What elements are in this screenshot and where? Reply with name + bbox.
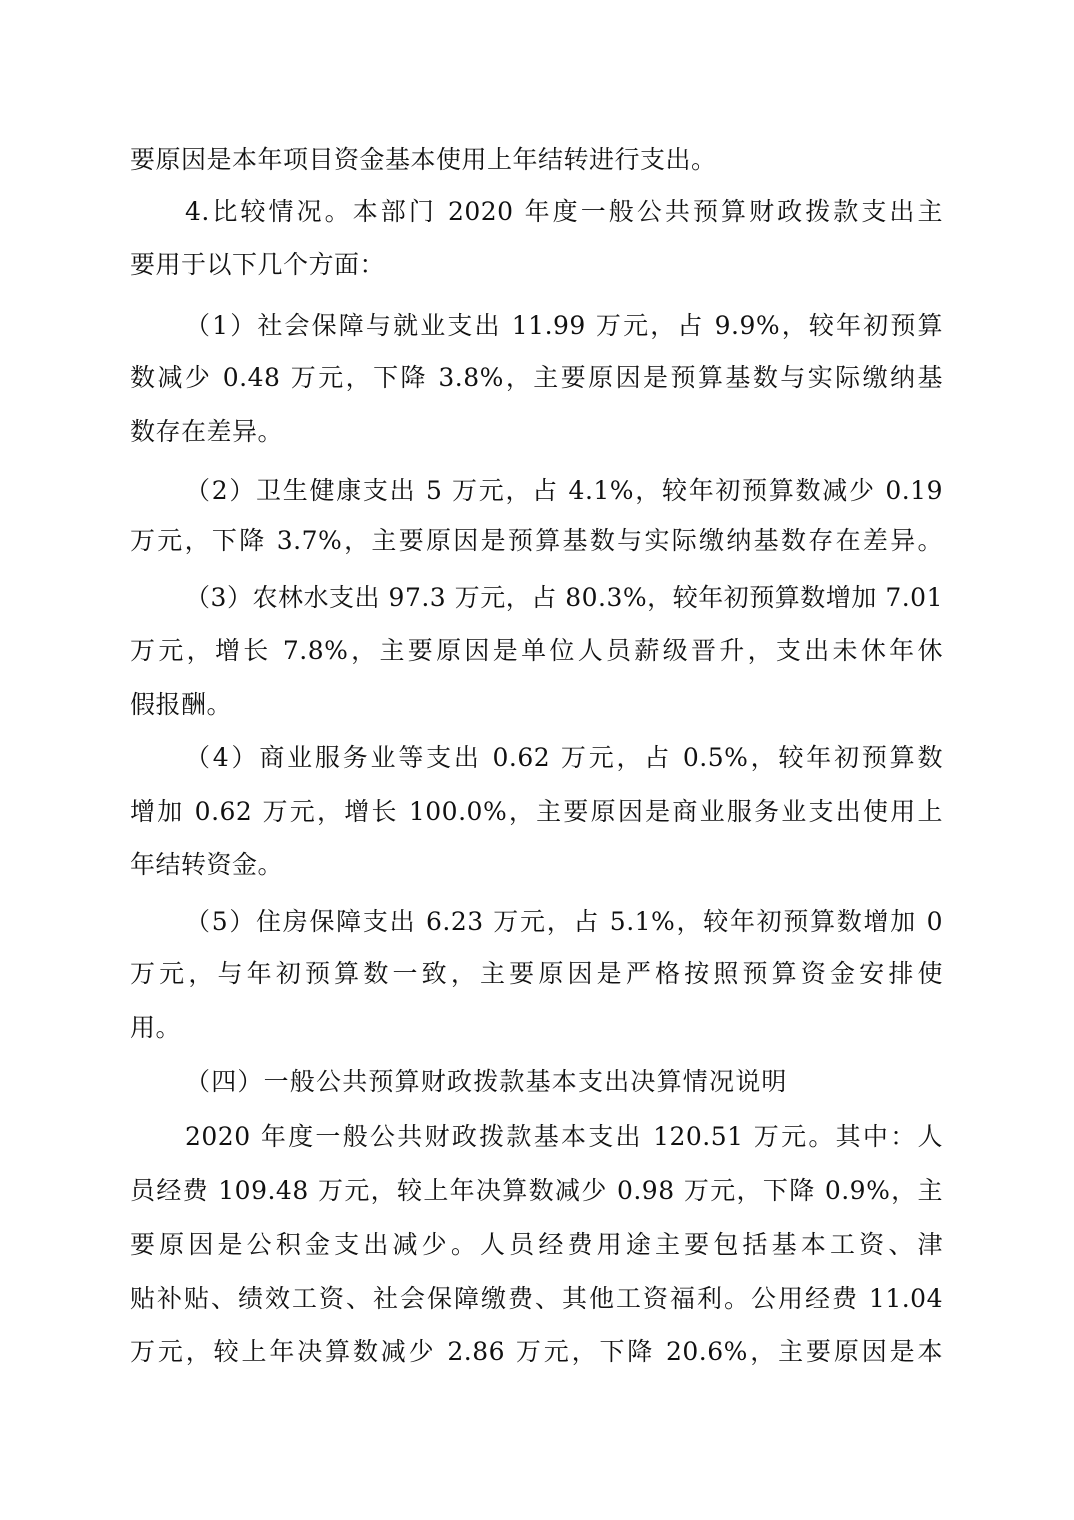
item-3-agriculture: （3）农林水支出 97.3 万元，占 80.3%，较年初预算数增加 7.01 bbox=[185, 581, 943, 615]
paragraph-comparison-intro: 4.比较情况。本部门 2020 年度一般公共预算财政拨款支出主 bbox=[185, 195, 943, 229]
paragraph-basic-expenditure: 2020 年度一般公共财政拨款基本支出 120.51 万元。其中：人 bbox=[185, 1120, 943, 1154]
text-line: 要原因是公积金支出减少。人员经费用途主要包括基本工资、津 bbox=[130, 1228, 943, 1262]
text-line: 假报酬。 bbox=[130, 688, 943, 722]
text-line: 万元，较上年决算数减少 2.86 万元，下降 20.6%，主要原因是本 bbox=[130, 1335, 943, 1369]
section-heading-basic-expenditure: （四）一般公共预算财政拨款基本支出决算情况说明 bbox=[185, 1065, 885, 1099]
item-5-housing: （5）住房保障支出 6.23 万元，占 5.1%，较年初预算数增加 0 bbox=[185, 905, 943, 939]
text-line: 增加 0.62 万元，增长 100.0%，主要原因是商业服务业支出使用上 bbox=[130, 795, 943, 829]
document-page: 要原因是本年项目资金基本使用上年结转进行支出。 4.比较情况。本部门 2020 … bbox=[0, 0, 1074, 1520]
text-line: 员经费 109.48 万元，较上年决算数减少 0.98 万元，下降 0.9%，主 bbox=[130, 1174, 943, 1208]
item-4-commerce: （4）商业服务业等支出 0.62 万元，占 0.5%，较年初预算数 bbox=[185, 741, 943, 775]
text-line: 贴补贴、绩效工资、社会保障缴费、其他工资福利。公用经费 11.04 bbox=[130, 1282, 943, 1316]
text-line: 万元，与年初预算数一致，主要原因是严格按照预算资金安排使 bbox=[130, 957, 943, 991]
item-1-social-security: （1）社会保障与就业支出 11.99 万元，占 9.9%，较年初预算 bbox=[185, 309, 943, 343]
text-line: 万元，增长 7.8%，主要原因是单位人员薪级晋升，支出未休年休 bbox=[130, 634, 943, 668]
text-line: 数减少 0.48 万元，下降 3.8%，主要原因是预算基数与实际缴纳基 bbox=[130, 361, 943, 395]
text-line: 要用于以下几个方面： bbox=[130, 248, 943, 282]
item-2-health: （2）卫生健康支出 5 万元，占 4.1%，较年初预算数减少 0.19 bbox=[185, 474, 943, 508]
text-line: 万元，下降 3.7%，主要原因是预算基数与实际缴纳基数存在差异。 bbox=[130, 524, 943, 558]
text-line: 用。 bbox=[130, 1011, 943, 1045]
text-line: 数存在差异。 bbox=[130, 415, 943, 449]
text-line: 要原因是本年项目资金基本使用上年结转进行支出。 bbox=[130, 143, 943, 177]
text-line: 年结转资金。 bbox=[130, 848, 943, 882]
